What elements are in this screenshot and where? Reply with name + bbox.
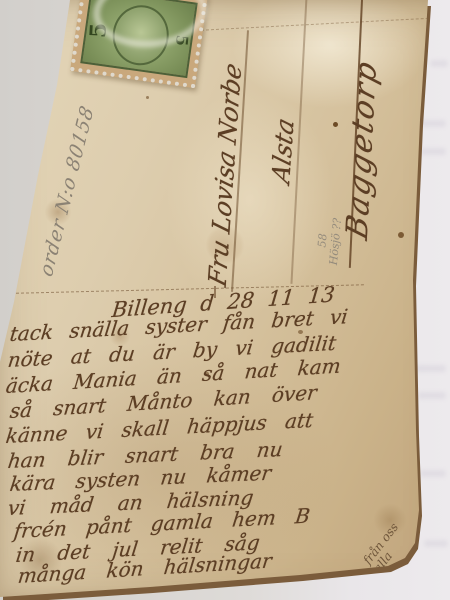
stain-speck [35, 70, 39, 74]
photo-of-postcard: ÖRE 5 5 Fru Lovisa Norbe Alsta Baggetorp… [0, 0, 450, 600]
pencil-size-note: 30×40 [32, 30, 68, 80]
address-recipient: Fru Lovisa Norbe [200, 21, 249, 328]
postage-stamp: ÖRE 5 5 [70, 0, 208, 88]
address-town: Baggetorp [337, 4, 386, 294]
stain-speck [333, 122, 338, 127]
page-showthrough-text [418, 392, 446, 399]
page-showthrough-text [420, 470, 446, 477]
page-showthrough-text [414, 365, 446, 372]
page-showthrough-text [420, 148, 446, 155]
pencil-order-number-note: order N:o 80158 [31, 85, 102, 298]
postcard-back: ÖRE 5 5 Fru Lovisa Norbe Alsta Baggetorp… [0, 0, 450, 600]
address-locality: Alsta [263, 67, 303, 235]
stain-speck [146, 96, 149, 99]
stain-speck [398, 232, 404, 238]
page-showthrough-text [430, 60, 448, 67]
page-showthrough-text [424, 540, 448, 547]
